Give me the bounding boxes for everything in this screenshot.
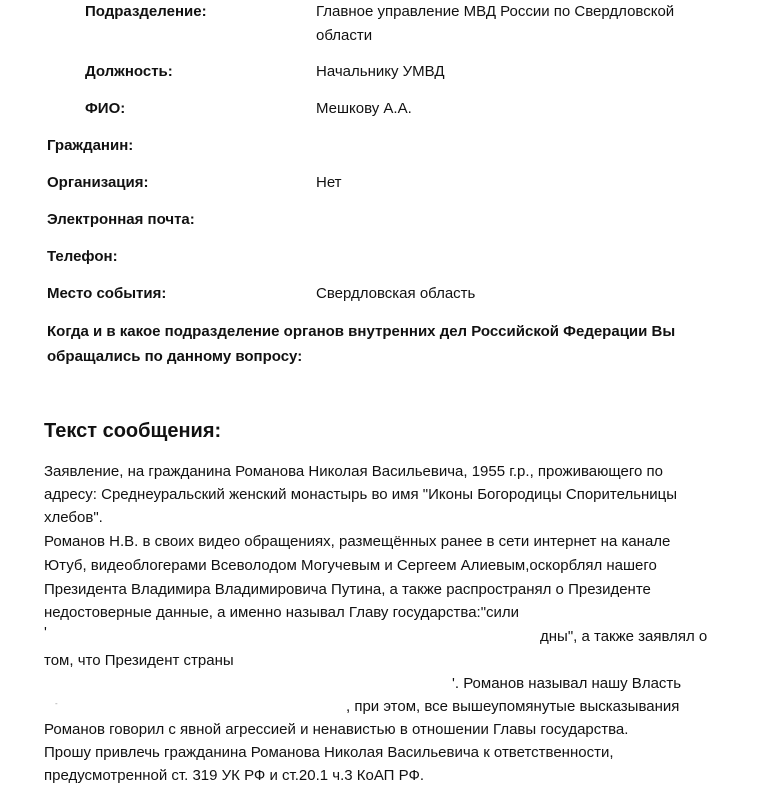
redacted-left-fragment: - [55,692,58,715]
field-value-subdivision-line-2: области [316,24,736,48]
redacted-left-fragment: ' [44,621,47,644]
message-heading: Текст сообщения: [44,418,221,444]
field-value-organization: Нет [316,171,736,195]
field-label-event-location: Место события: [47,282,166,306]
redacted-right-fragment: дны", а также заявлял о [540,625,707,648]
question-line-1: Когда и в какое подразделение органов вн… [47,319,727,344]
field-value-full-name: Мешкову А.А. [316,97,736,121]
field-label-email: Электронная почта: [47,208,195,232]
message-line: том, что Президент страны [44,649,234,672]
question-line-2: обращались по данному вопросу: [47,344,727,369]
message-line: недостоверные данные, а именно называл Г… [44,601,519,624]
field-value-subdivision: Главное управление МВД России по Свердло… [316,0,736,48]
field-label-position: Должность: [85,60,173,84]
field-prior-appeal-question: Когда и в какое подразделение органов вн… [47,319,727,369]
field-label-organization: Организация: [47,171,149,195]
field-label-phone: Телефон: [47,245,118,269]
message-line: Прошу привлечь гражданина Романова Никол… [44,741,614,764]
message-line: предусмотренной ст. 319 УК РФ и ст.20.1 … [44,764,424,786]
field-value-event-location: Свердловская область [316,282,736,306]
field-value-position: Начальнику УМВД [316,60,736,84]
field-label-full-name: ФИО: [85,97,125,121]
message-line: адресу: Среднеуральский женский монастыр… [44,483,677,506]
field-label-citizen: Гражданин: [47,134,133,158]
redacted-right-fragment: , при этом, все вышеупомянутые высказыва… [346,695,679,718]
field-value-subdivision-line-1: Главное управление МВД России по Свердло… [316,0,736,24]
field-label-subdivision: Подразделение: [85,0,207,24]
message-line: Романов Н.В. в своих видео обращениях, р… [44,530,670,553]
message-line: Заявление, на гражданина Романова Никола… [44,460,663,483]
message-line: Президента Владимира Владимировича Путин… [44,578,651,601]
message-line: Ютуб, видеоблогерами Всеволодом Могучевы… [44,554,657,577]
redacted-right-fragment: '. Романов называл нашу Власть [452,672,681,695]
message-line: Романов говорил с явной агрессией и нена… [44,718,628,741]
message-line: хлебов". [44,506,103,529]
